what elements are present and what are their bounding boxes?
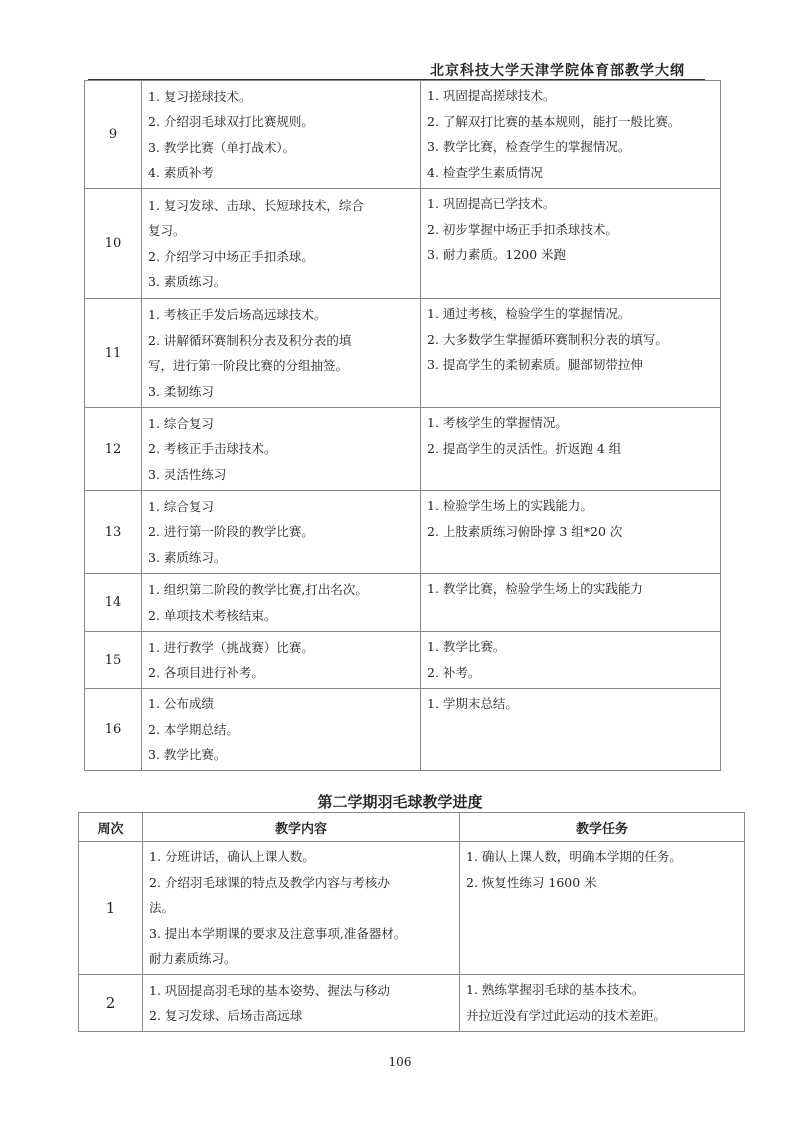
teaching-task-cell: 1. 确认上课人数，明确本学期的任务。2. 恢复性练习 1600 米: [460, 842, 745, 975]
week-number: 15: [85, 632, 142, 689]
content-line: 3. 素质练习。: [148, 269, 414, 295]
content-line: 1. 综合复习: [148, 494, 414, 520]
content-line: 3. 教学比赛。: [148, 742, 414, 768]
content-line: 1. 公布成绩: [148, 691, 414, 717]
task-line: 2. 大多数学生掌握循环赛制积分表的填写。: [427, 327, 714, 353]
content-line: 1. 复习搓球技术。: [148, 84, 414, 110]
column-header-content: 教学内容: [143, 813, 460, 842]
week-number: 9: [85, 81, 142, 189]
table-row: 141. 组织第二阶段的教学比赛,打出名次。2. 单项技术考核结束。1. 教学比…: [85, 574, 721, 632]
teaching-content-cell: 1. 复习发球、击球、长短球技术，综合复习。2. 介绍学习中场正手扣杀球。3. …: [142, 189, 421, 299]
teaching-content-cell: 1. 考核正手发后场高远球技术。2. 讲解循环赛制积分表及积分表的填写，进行第一…: [142, 299, 421, 408]
section-title: 第二学期羽毛球教学进度: [0, 791, 800, 812]
teaching-task-cell: 1. 熟练掌握羽毛球的基本技术。并拉近没有学过此运动的技术差距。: [460, 975, 745, 1032]
content-line: 2. 复习发球、后场击高远球: [149, 1003, 453, 1029]
task-line: 2. 上肢素质练习俯卧撑 3 组*20 次: [427, 519, 714, 545]
teaching-content-cell: 1. 进行教学（挑战赛）比赛。2. 各项目进行补考。: [142, 632, 421, 689]
table-row: 111. 考核正手发后场高远球技术。2. 讲解循环赛制积分表及积分表的填写，进行…: [85, 299, 721, 408]
week-number: 10: [85, 189, 142, 299]
content-line: 2. 讲解循环赛制积分表及积分表的填: [148, 328, 414, 354]
teaching-task-cell: 1. 教学比赛，检验学生场上的实践能力: [421, 574, 721, 632]
week-number: 2: [79, 975, 143, 1032]
teaching-content-cell: 1. 组织第二阶段的教学比赛,打出名次。2. 单项技术考核结束。: [142, 574, 421, 632]
content-line: 3. 提出本学期课的要求及注意事项,准备器材。: [149, 921, 453, 947]
task-line: 4. 检查学生素质情况: [427, 160, 714, 186]
content-line: 1. 组织第二阶段的教学比赛,打出名次。: [148, 577, 414, 603]
content-line: 2. 介绍学习中场正手扣杀球。: [148, 244, 414, 270]
task-line: 并拉近没有学过此运动的技术差距。: [466, 1003, 738, 1029]
schedule-table-semester-1: 91. 复习搓球技术。2. 介绍羽毛球双打比赛规则。3. 教学比赛（单打战术）。…: [84, 80, 721, 771]
content-line: 1. 考核正手发后场高远球技术。: [148, 302, 414, 328]
content-line: 1. 复习发球、击球、长短球技术，综合: [148, 193, 414, 219]
task-line: 1. 检验学生场上的实践能力。: [427, 493, 714, 519]
task-line: 1. 教学比赛。: [427, 634, 714, 660]
teaching-content-cell: 1. 综合复习2. 进行第一阶段的教学比赛。3. 素质练习。: [142, 491, 421, 574]
teaching-task-cell: 1. 教学比赛。2. 补考。: [421, 632, 721, 689]
content-line: 复习。: [148, 218, 414, 244]
content-line: 3. 教学比赛（单打战术）。: [148, 135, 414, 161]
task-line: 1. 巩固提高已学技术。: [427, 191, 714, 217]
task-line: 2. 补考。: [427, 660, 714, 686]
teaching-task-cell: 1. 学期末总结。: [421, 689, 721, 771]
teaching-task-cell: 1. 巩固提高搓球技术。2. 了解双打比赛的基本规则，能打一般比赛。3. 教学比…: [421, 81, 721, 189]
column-header-week: 周次: [79, 813, 143, 842]
teaching-task-cell: 1. 考核学生的掌握情况。2. 提高学生的灵活性。折返跑 4 组: [421, 408, 721, 491]
teaching-content-cell: 1. 分班讲话，确认上课人数。2. 介绍羽毛球课的特点及教学内容与考核办法。3.…: [143, 842, 460, 975]
table-row: 151. 进行教学（挑战赛）比赛。2. 各项目进行补考。1. 教学比赛。2. 补…: [85, 632, 721, 689]
page-number: 106: [0, 1055, 800, 1069]
content-line: 2. 介绍羽毛球课的特点及教学内容与考核办: [149, 870, 453, 896]
content-line: 1. 进行教学（挑战赛）比赛。: [148, 635, 414, 661]
teaching-task-cell: 1. 检验学生场上的实践能力。2. 上肢素质练习俯卧撑 3 组*20 次: [421, 491, 721, 574]
table-header-row: 周次 教学内容 教学任务: [79, 813, 745, 842]
table-row: 161. 公布成绩2. 本学期总结。3. 教学比赛。1. 学期末总结。: [85, 689, 721, 771]
content-line: 1. 分班讲话，确认上课人数。: [149, 844, 453, 870]
table-row: 121. 综合复习2. 考核正手击球技术。3. 灵活性练习1. 考核学生的掌握情…: [85, 408, 721, 491]
column-header-task: 教学任务: [460, 813, 745, 842]
content-line: 3. 柔韧练习: [148, 379, 414, 405]
table-row: 91. 复习搓球技术。2. 介绍羽毛球双打比赛规则。3. 教学比赛（单打战术）。…: [85, 81, 721, 189]
task-line: 2. 了解双打比赛的基本规则，能打一般比赛。: [427, 109, 714, 135]
content-line: 耐力素质练习。: [149, 946, 453, 972]
content-line: 3. 灵活性练习: [148, 462, 414, 488]
schedule-table-semester-2: 周次 教学内容 教学任务 11. 分班讲话，确认上课人数。2. 介绍羽毛球课的特…: [78, 812, 745, 1032]
content-line: 2. 介绍羽毛球双打比赛规则。: [148, 109, 414, 135]
week-number: 16: [85, 689, 142, 771]
content-line: 3. 素质练习。: [148, 545, 414, 571]
table-row: 101. 复习发球、击球、长短球技术，综合复习。2. 介绍学习中场正手扣杀球。3…: [85, 189, 721, 299]
teaching-content-cell: 1. 公布成绩2. 本学期总结。3. 教学比赛。: [142, 689, 421, 771]
running-header-title: 北京科技大学天津学院体育部教学大纲: [430, 60, 685, 80]
task-line: 1. 学期末总结。: [427, 691, 714, 717]
content-line: 1. 综合复习: [148, 411, 414, 437]
teaching-content-cell: 1. 巩固提高羽毛球的基本姿势、握法与移动2. 复习发球、后场击高远球: [143, 975, 460, 1032]
table-row: 11. 分班讲话，确认上课人数。2. 介绍羽毛球课的特点及教学内容与考核办法。3…: [79, 842, 745, 975]
week-number: 12: [85, 408, 142, 491]
week-number: 14: [85, 574, 142, 632]
content-line: 2. 单项技术考核结束。: [148, 603, 414, 629]
task-line: 1. 熟练掌握羽毛球的基本技术。: [466, 977, 738, 1003]
content-line: 写，进行第一阶段比赛的分组抽签。: [148, 353, 414, 379]
task-line: 3. 提高学生的柔韧素质。腿部韧带拉伸: [427, 352, 714, 378]
table-row: 21. 巩固提高羽毛球的基本姿势、握法与移动2. 复习发球、后场击高远球1. 熟…: [79, 975, 745, 1032]
teaching-task-cell: 1. 通过考核，检验学生的掌握情况。2. 大多数学生掌握循环赛制积分表的填写。3…: [421, 299, 721, 408]
task-line: 2. 初步掌握中场正手扣杀球技术。: [427, 217, 714, 243]
task-line: 3. 耐力素质。1200 米跑: [427, 242, 714, 268]
content-line: 法。: [149, 895, 453, 921]
task-line: 1. 通过考核，检验学生的掌握情况。: [427, 301, 714, 327]
task-line: 1. 确认上课人数，明确本学期的任务。: [466, 844, 738, 870]
content-line: 2. 考核正手击球技术。: [148, 436, 414, 462]
content-line: 2. 各项目进行补考。: [148, 660, 414, 686]
task-line: 1. 巩固提高搓球技术。: [427, 83, 714, 109]
task-line: 1. 考核学生的掌握情况。: [427, 410, 714, 436]
teaching-content-cell: 1. 复习搓球技术。2. 介绍羽毛球双打比赛规则。3. 教学比赛（单打战术）。4…: [142, 81, 421, 189]
teaching-task-cell: 1. 巩固提高已学技术。2. 初步掌握中场正手扣杀球技术。3. 耐力素质。120…: [421, 189, 721, 299]
content-line: 2. 本学期总结。: [148, 717, 414, 743]
task-line: 3. 教学比赛，检查学生的掌握情况。: [427, 134, 714, 160]
content-line: 2. 进行第一阶段的教学比赛。: [148, 519, 414, 545]
content-line: 1. 巩固提高羽毛球的基本姿势、握法与移动: [149, 978, 453, 1004]
week-number: 13: [85, 491, 142, 574]
week-number: 11: [85, 299, 142, 408]
content-line: 4. 素质补考: [148, 160, 414, 186]
task-line: 2. 提高学生的灵活性。折返跑 4 组: [427, 436, 714, 462]
table-row: 131. 综合复习2. 进行第一阶段的教学比赛。3. 素质练习。1. 检验学生场…: [85, 491, 721, 574]
task-line: 2. 恢复性练习 1600 米: [466, 870, 738, 896]
week-number: 1: [79, 842, 143, 975]
teaching-content-cell: 1. 综合复习2. 考核正手击球技术。3. 灵活性练习: [142, 408, 421, 491]
task-line: 1. 教学比赛，检验学生场上的实践能力: [427, 576, 714, 602]
